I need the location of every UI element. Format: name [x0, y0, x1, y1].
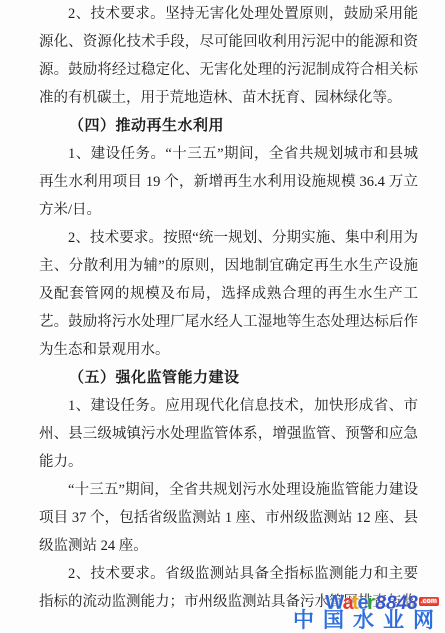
section-heading: （五）强化监管能力建设: [39, 364, 418, 392]
page-container: 2、技术要求。坚持无害化处理处置原则，鼓励采用能源化、资源化技术手段，尽可能回收…: [0, 0, 445, 633]
paragraph: 2、技术要求。坚持无害化处理处置原则，鼓励采用能源化、资源化技术手段，尽可能回收…: [39, 0, 418, 112]
document-text: 2、技术要求。坚持无害化处理处置原则，鼓励采用能源化、资源化技术手段，尽可能回收…: [39, 0, 418, 616]
paragraph: “十三五”期间，全省共规划污水处理设施监管能力建设项目 37 个，包括省级监测站…: [39, 476, 418, 560]
paragraph: 2、技术要求。按照“统一规划、分期实施、集中利用为主、分散利用为辅”的原则，因地…: [39, 224, 418, 364]
paragraph: 1、建设任务。应用现代化信息技术，加快形成省、市州、县三级城镇污水处理监管体系，…: [39, 392, 418, 476]
section-heading: （四）推动再生水利用: [39, 112, 418, 140]
paragraph: 2、技术要求。省级监测站具备全指标监测能力和主要指标的流动监测能力；市州级监测站…: [39, 560, 418, 616]
watermark-domain-suffix: .com: [419, 597, 439, 606]
paragraph: 1、建设任务。“十三五”期间，全省共规划城市和县城再生水利用项目 19 个，新增…: [39, 140, 418, 224]
